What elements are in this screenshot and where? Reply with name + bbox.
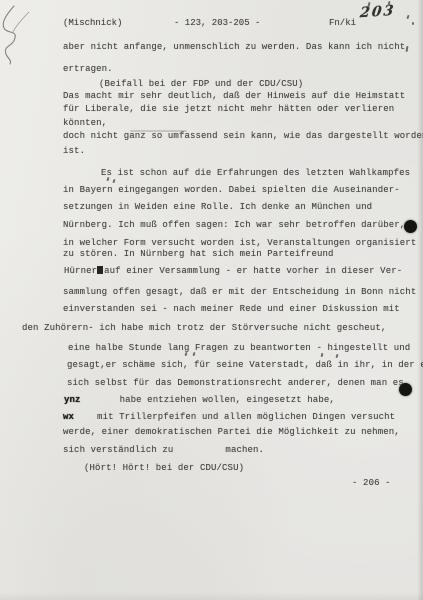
- text-line: (Beifall bei der FDP und der CDU/CSU): [99, 79, 303, 89]
- text-line: sammlung offen gesagt, daß er mit der En…: [63, 287, 416, 297]
- text-segment: Hürner: [64, 266, 97, 276]
- text-line: in Bayern eingegangen worden. Dabei spie…: [63, 185, 400, 195]
- pen-mark: [106, 177, 109, 181]
- pen-mark: [185, 352, 187, 356]
- text-segment: sich verständlich zu: [63, 445, 173, 455]
- text-line: sich verständlich zumachen.: [63, 445, 264, 455]
- footer-page-number: - 206 -: [352, 478, 391, 488]
- text-line: werde, einer demokratischen Partei die M…: [63, 427, 400, 437]
- header-page-range: - 123, 203-205 -: [174, 18, 260, 28]
- text-line: ertragen.: [63, 64, 113, 74]
- text-line: für Liberale, die sie jetzt nicht mehr h…: [63, 104, 394, 114]
- text-segment: machen.: [225, 445, 264, 455]
- text-line: (Hört! Hört! bei der CDU/CSU): [84, 463, 244, 473]
- page-edge-shadow-bottom: [0, 592, 423, 600]
- text-line: Nürnberg. Ich muß offen sagen: Ich war s…: [63, 220, 405, 230]
- text-line: Es ist schon auf die Erfahrungen des let…: [101, 168, 410, 178]
- text-line: wxmit Trillerpfeifen und allen möglichen…: [63, 412, 395, 422]
- text-line: Hürnerauf einer Versammlung - er hatte v…: [64, 266, 402, 276]
- text-line: ist.: [63, 146, 85, 156]
- text-line: setzungen in Weiden eine Rolle. Ich denk…: [63, 202, 372, 212]
- crossed-out-text: ynz: [64, 395, 81, 405]
- text-line: einverstanden sei - nach meiner Rede und…: [63, 304, 400, 314]
- text-line: Das macht mir sehr deutlich, daß der Hin…: [63, 91, 405, 101]
- header-speaker: (Mischnick): [63, 18, 122, 28]
- text-line: ynzhabe entziehen wollen, eingesetzt hab…: [64, 395, 335, 405]
- pen-mark: [412, 22, 414, 25]
- typed-overstrike-mark: [97, 266, 103, 274]
- text-line: gesagt,er schäme sich, für seine Vaterst…: [67, 360, 423, 370]
- scanned-document-page: (Mischnick) - 123, 203-205 - Fn/ki 203 a…: [0, 0, 423, 600]
- text-line: eine halbe Stunde lang Fragen zu beantwo…: [68, 343, 410, 353]
- crossed-out-text: wx: [63, 412, 74, 422]
- text-line: doch nicht ganz so umfassend sein kann, …: [63, 131, 423, 141]
- text-line: sich selbst für das Demonstrationsrecht …: [67, 378, 404, 388]
- pen-mark: [193, 352, 195, 356]
- text-line: könnten,: [63, 118, 107, 128]
- pen-mark: [405, 46, 408, 52]
- text-line: in welcher Form versucht worden ist, Ver…: [63, 238, 416, 248]
- text-line: den Zuhörern- ich habe mich trotz der St…: [22, 323, 386, 333]
- header-initials: Fn/ki: [329, 18, 356, 28]
- pen-mark: [406, 15, 409, 19]
- text-segment: mit Trillerpfeifen und allen möglichen D…: [97, 412, 395, 422]
- pen-mark: [112, 179, 115, 183]
- page-edge-shadow-right: [417, 0, 423, 600]
- handwritten-page-number: 203: [359, 4, 396, 22]
- text-line: aber nicht anfange, unmenschlich zu werd…: [63, 42, 405, 52]
- text-segment: auf einer Versammlung - er hatte vorher …: [104, 266, 402, 276]
- hole-punch-mark-top: [404, 220, 417, 233]
- pen-mark: [321, 353, 323, 357]
- text-line: zu stören. In Nürnberg hat sich mein Par…: [63, 249, 334, 259]
- hole-punch-mark-bottom: [399, 383, 412, 396]
- text-segment: habe entziehen wollen, eingesetzt habe,: [120, 395, 335, 405]
- pen-mark: [335, 354, 338, 358]
- pencil-scribble: [0, 4, 42, 70]
